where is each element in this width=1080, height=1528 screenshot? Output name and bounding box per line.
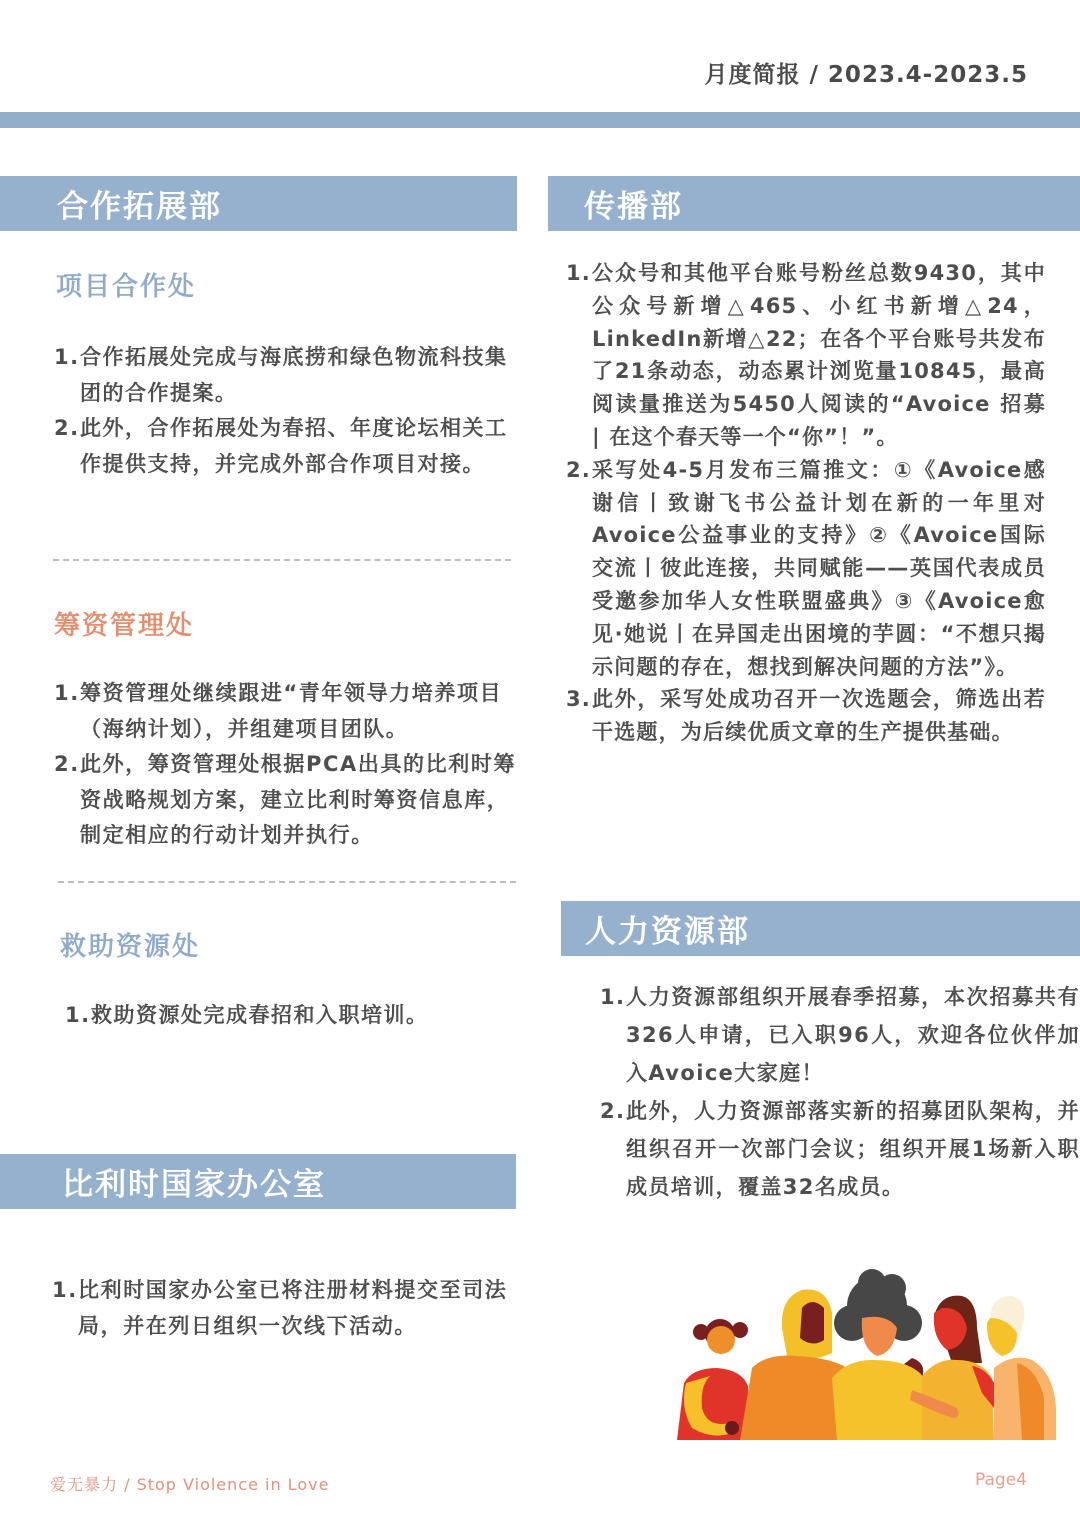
- list-item: 2.此外，合作拓展处为春招、年度论坛相关工作提供支持，并完成外部合作项目对接。: [54, 411, 514, 482]
- hr-list: 1.人力资源部组织开展春季招募，本次招募共有326人申请，已入职96人，欢迎各位…: [600, 978, 1080, 1206]
- list-item: 1.筹资管理处继续跟进“青年领导力培养项目（海纳计划），并组建项目团队。: [54, 676, 518, 747]
- list-item: 1.合作拓展处完成与海底捞和绿色物流科技集团的合作提案。: [54, 340, 514, 411]
- dept-title: 比利时国家办公室: [62, 1159, 326, 1204]
- fundraising-list: 1.筹资管理处继续跟进“青年领导力培养项目（海纳计划），并组建项目团队。 2.此…: [54, 676, 518, 854]
- communication-list: 1.公众号和其他平台账号粉丝总数9430，其中公众号新增△465、小红书新增△2…: [566, 257, 1046, 749]
- dept-banner-communication: 传播部: [548, 176, 1080, 231]
- list-item: 1.公众号和其他平台账号粉丝总数9430，其中公众号新增△465、小红书新增△2…: [566, 257, 1046, 454]
- list-item: 1.比利时国家办公室已将注册材料提交至司法局，并在列日组织一次线下活动。: [52, 1273, 518, 1344]
- dept-banner-cooperation: 合作拓展部: [0, 176, 517, 231]
- woman-afro-figure-icon: [832, 1269, 927, 1440]
- section-divider: [53, 559, 511, 561]
- girl-figure-icon: [677, 1319, 748, 1440]
- section-title-aid: 救助资源处: [60, 926, 200, 963]
- aid-list: 1.救助资源处完成春招和入职培训。: [65, 998, 515, 1034]
- project-list: 1.合作拓展处完成与海底捞和绿色物流科技集团的合作提案。 2.此外，合作拓展处为…: [54, 340, 514, 482]
- dept-banner-hr: 人力资源部: [561, 901, 1080, 956]
- list-item: 2.此外，筹资管理处根据PCA出具的比利时筹资战略规划方案，建立比利时筹资信息库…: [54, 747, 518, 854]
- dept-banner-belgium: 比利时国家办公室: [0, 1154, 516, 1209]
- footer-brand: 爱无暴力 / Stop Violence in Love: [50, 1472, 329, 1495]
- section-divider: [58, 881, 516, 883]
- belgium-list: 1.比利时国家办公室已将注册材料提交至司法局，并在列日组织一次线下活动。: [52, 1273, 518, 1344]
- group-of-women-illustration: [672, 1268, 1058, 1443]
- list-item: 1.救助资源处完成春招和入职培训。: [65, 998, 515, 1034]
- dept-title: 合作拓展部: [57, 181, 222, 226]
- list-item: 2.采写处4-5月发布三篇推文：①《Avoice感谢信丨致谢飞书公益计划在新的一…: [566, 454, 1046, 684]
- list-item: 1.人力资源部组织开展春季招募，本次招募共有326人申请，已入职96人，欢迎各位…: [600, 978, 1080, 1092]
- woman-hijab-figure-icon: [740, 1289, 850, 1440]
- list-item: 3.此外，采写处成功召开一次选题会，筛选出若干选题，为后续优质文章的生产提供基础…: [566, 683, 1046, 749]
- dept-title: 人力资源部: [585, 906, 750, 951]
- section-title-project: 项目合作处: [56, 266, 196, 303]
- dept-title: 传播部: [584, 181, 683, 226]
- list-item: 2.此外，人力资源部落实新的招募团队架构，并组织召开一次部门会议；组织开展1场新…: [600, 1092, 1080, 1206]
- header-divider-bar: [0, 112, 1080, 128]
- woman-elder-figure-icon: [987, 1296, 1056, 1440]
- report-title: 月度简报 / 2023.4-2023.5: [705, 56, 1028, 89]
- section-title-fundraising: 筹资管理处: [54, 605, 194, 642]
- page-number: Page4: [975, 1470, 1027, 1490]
